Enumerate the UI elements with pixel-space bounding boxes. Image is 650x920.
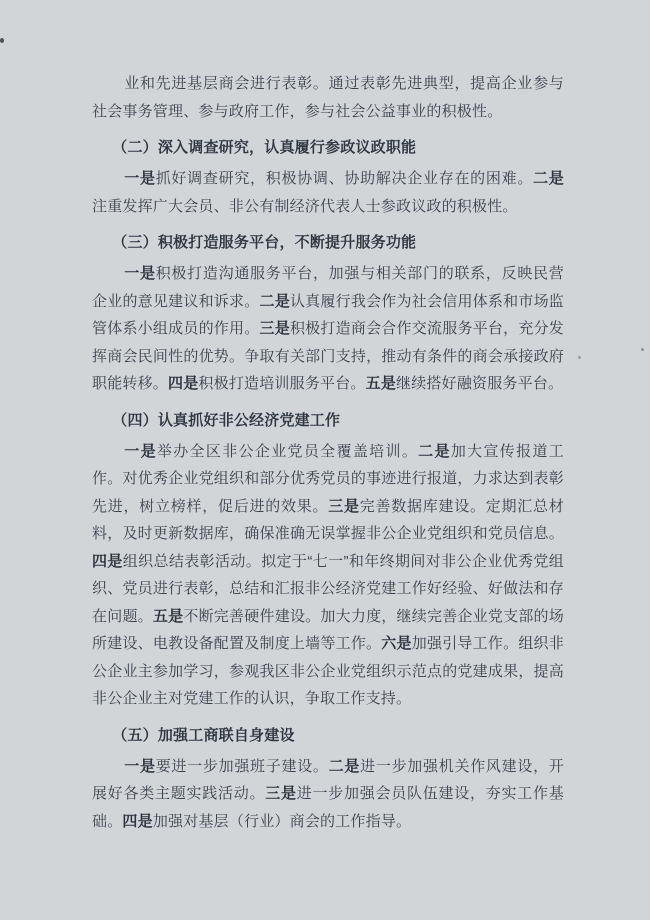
emphasis-marker: 四是 bbox=[92, 553, 123, 570]
section-heading-3: （三）积极打造服务平台，不断提升服务功能 bbox=[92, 229, 564, 257]
emphasis-marker: 三是 bbox=[260, 320, 290, 337]
body-text: 积极打造培训服务平台。 bbox=[198, 375, 365, 392]
section-paragraph-2: 一是抓好调查研究，积极协调、协助解决企业存在的困难。二是注重发挥广大会员、非公有… bbox=[92, 165, 564, 220]
body-text: 加强对基层（行业）商会的工作指导。 bbox=[153, 813, 411, 830]
emphasis-marker: 一是 bbox=[124, 170, 155, 187]
scan-speck bbox=[641, 348, 644, 351]
section-heading-5: （五）加强工商联自身建设 bbox=[92, 722, 564, 750]
document-sections: （二）深入调查研究，认真履行参政议政职能一是抓好调查研究，积极协调、协助解决企业… bbox=[92, 134, 564, 835]
scan-speck bbox=[0, 38, 4, 43]
section-paragraph-3: 一是积极打造沟通服务平台，加强与相关部门的联系，反映民营企业的意见建议和诉求。二… bbox=[92, 260, 564, 398]
section-paragraph-4: 一是举办全区非公企业党员全覆盖培训。二是加大宣传报道工作。对优秀企业党组织和部分… bbox=[92, 438, 564, 713]
body-text: 注重发挥广大会员、非公有制经济代表人士参政议政的积极性。 bbox=[92, 198, 518, 215]
continuation-paragraph: 业和先进基层商会进行表彰。通过表彰先进典型，提高企业参与社会事务管理、参与政府工… bbox=[92, 70, 564, 125]
emphasis-marker: 一是 bbox=[124, 443, 157, 460]
emphasis-marker: 四是 bbox=[168, 375, 198, 392]
body-text: 继续搭好融资服务平台。 bbox=[396, 375, 563, 392]
emphasis-marker: 五是 bbox=[153, 608, 183, 625]
body-text: 要进一步加强班子建设。 bbox=[156, 758, 329, 775]
section-paragraph-5: 一是要进一步加强班子建设。二是进一步加强机关作风建设，开展好各类主题实践活动。三… bbox=[92, 753, 564, 836]
scan-speck bbox=[578, 356, 581, 359]
emphasis-marker: 二是 bbox=[329, 758, 360, 775]
emphasis-marker: 二是 bbox=[418, 443, 451, 460]
emphasis-marker: 三是 bbox=[265, 785, 297, 802]
emphasis-marker: 一是 bbox=[124, 265, 155, 282]
emphasis-marker: 一是 bbox=[124, 758, 155, 775]
body-text: 举办全区非公企业党员全覆盖培训。 bbox=[157, 443, 418, 460]
emphasis-marker: 四是 bbox=[122, 813, 152, 830]
emphasis-marker: 五是 bbox=[366, 375, 396, 392]
body-text: 业和先进基层商会进行表彰。通过表彰先进典型，提高企业参与社会事务管理、参与政府工… bbox=[92, 75, 564, 120]
document-content: 业和先进基层商会进行表彰。通过表彰先进典型，提高企业参与社会事务管理、参与政府工… bbox=[92, 70, 564, 835]
emphasis-marker: 二是 bbox=[260, 293, 290, 310]
section-heading-2: （二）深入调查研究，认真履行参政议政职能 bbox=[92, 134, 564, 162]
body-text: 抓好调查研究，积极协调、协助解决企业存在的困难。 bbox=[156, 170, 533, 187]
section-heading-4: （四）认真抓好非公经济党建工作 bbox=[92, 407, 564, 435]
emphasis-marker: 二是 bbox=[533, 170, 564, 187]
emphasis-marker: 六是 bbox=[381, 635, 411, 652]
emphasis-marker: 三是 bbox=[328, 498, 360, 515]
scanned-document-page: 业和先进基层商会进行表彰。通过表彰先进典型，提高企业参与社会事务管理、参与政府工… bbox=[0, 0, 650, 920]
